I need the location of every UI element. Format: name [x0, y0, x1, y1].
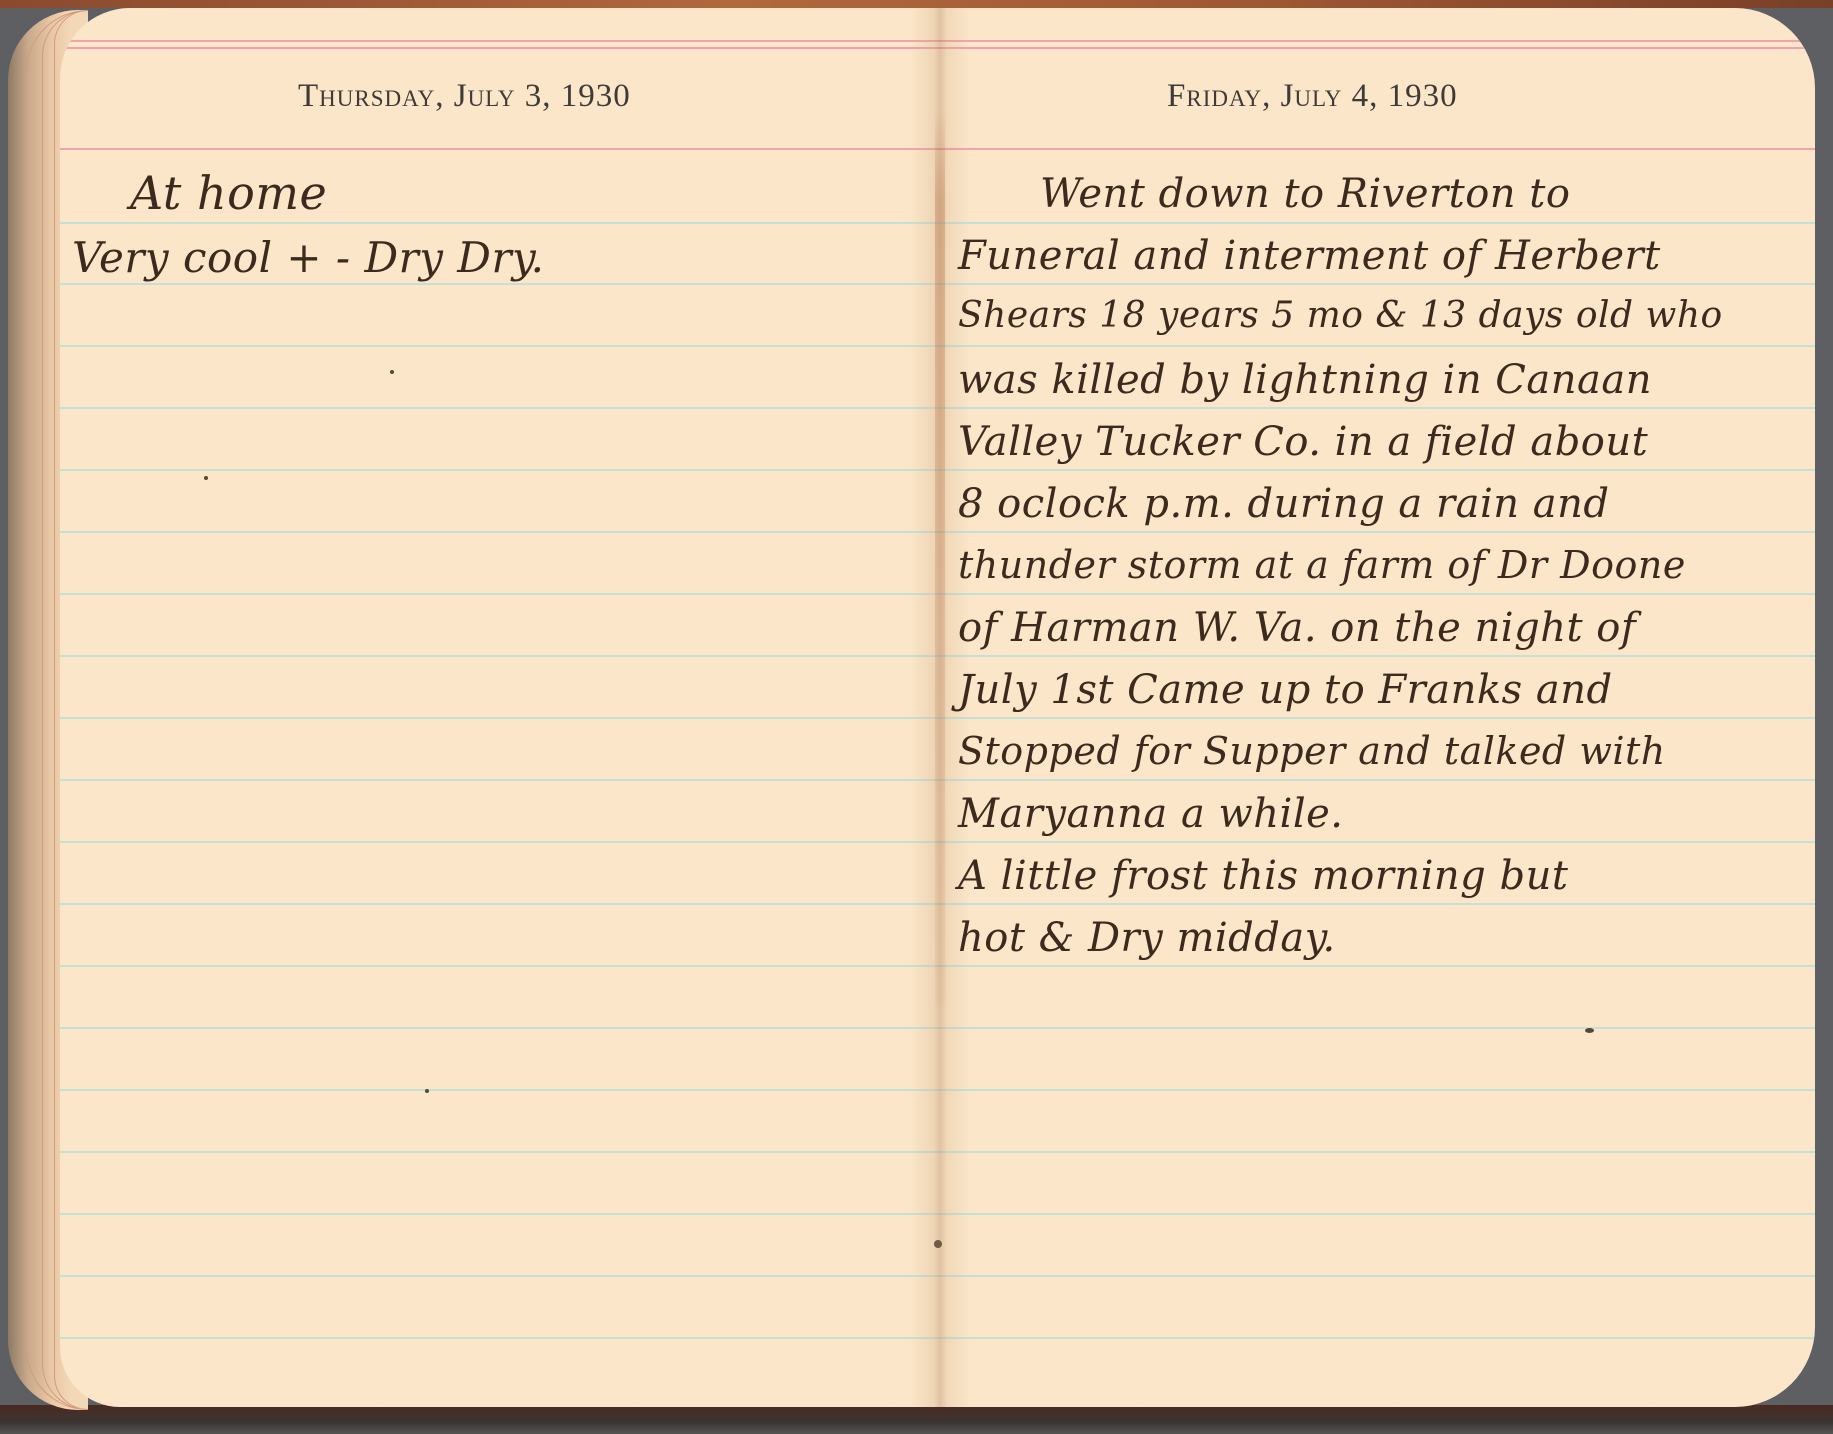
ink-speck: [1585, 1028, 1594, 1033]
right-page: Friday, July 4, 1930 Went down to Rivert…: [940, 8, 1815, 1407]
handwritten-line: Maryanna a while.: [958, 791, 1344, 837]
handwritten-line: Stopped for Supper and talked with: [958, 729, 1666, 773]
handwritten-line: Went down to Riverton to: [1040, 171, 1570, 217]
book-cover-top-edge: [0, 0, 1833, 8]
left-page: Thursday, July 3, 1930 At home Very cool…: [60, 8, 940, 1407]
handwritten-line: of Harman W. Va. on the night of: [958, 605, 1636, 651]
handwritten-line: At home: [130, 166, 327, 220]
ink-speck: [390, 370, 394, 374]
book-cover-bottom-edge: [0, 1405, 1833, 1434]
handwritten-line: was killed by lightning in Canaan: [958, 357, 1652, 403]
handwritten-line: A little frost this morning but: [958, 853, 1568, 899]
diary-spread: Thursday, July 3, 1930 At home Very cool…: [60, 8, 1815, 1407]
handwritten-line: hot & Dry midday.: [958, 915, 1336, 961]
handwritten-line: Funeral and interment of Herbert: [958, 233, 1661, 279]
handwritten-line: thunder storm at a farm of Dr Doone: [958, 543, 1686, 587]
ink-speck: [425, 1089, 429, 1093]
ink-speck: [204, 476, 208, 480]
handwritten-line: Shears 18 years 5 mo & 13 days old who: [958, 295, 1723, 336]
handwritten-line: Very cool + - Dry Dry.: [72, 233, 545, 282]
handwritten-line: Valley Tucker Co. in a field about: [958, 419, 1648, 465]
handwritten-line: 8 oclock p.m. during a rain and: [958, 481, 1609, 527]
left-page-date-header: Thursday, July 3, 1930: [298, 78, 631, 115]
right-page-date-header: Friday, July 4, 1930: [1167, 78, 1458, 115]
handwritten-line: July 1st Came up to Franks and: [958, 667, 1613, 713]
